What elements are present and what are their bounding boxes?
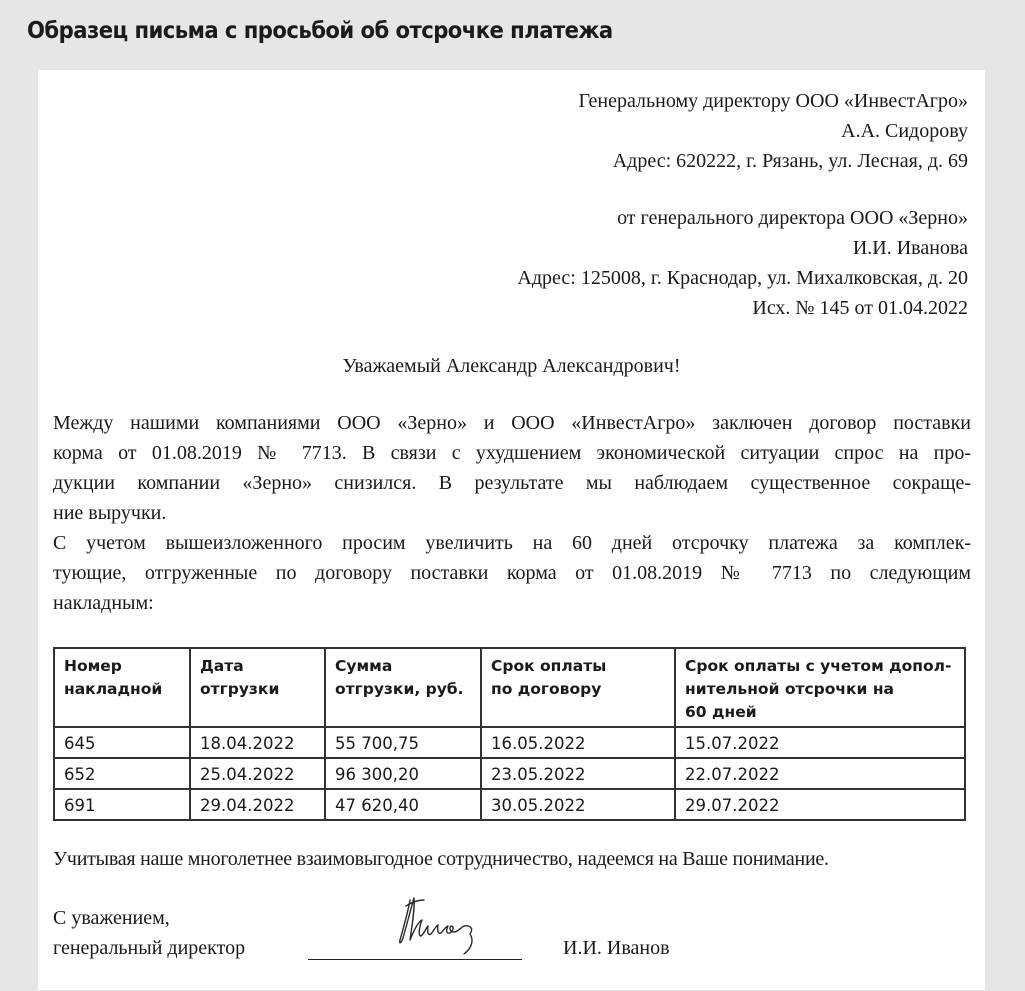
body-paragraph-2: С учетом вышеизложенного просим увеличит… — [53, 528, 971, 618]
cell-shipment-amount: 96 300,20 — [325, 758, 481, 789]
cell-shipment-amount: 55 700,75 — [325, 727, 481, 758]
cell-extended-due-date: 29.07.2022 — [675, 789, 965, 820]
table-row: 691 29.04.2022 47 620,40 30.05.2022 29.0… — [54, 789, 965, 820]
text-line: С учетом вышеизложенного просим увеличит… — [53, 528, 971, 558]
text-line: тующие, отгруженные по договору поставки… — [53, 558, 971, 588]
sender-address: Адрес: 125008, г. Краснодар, ул. Михалко… — [517, 263, 968, 293]
signer-name: И.И. Иванов — [563, 933, 670, 963]
regards-text: С уважением, — [53, 903, 245, 933]
text-line: накладным: — [53, 588, 971, 618]
cell-invoice-number: 645 — [54, 727, 190, 758]
cell-shipment-date: 25.04.2022 — [190, 758, 325, 789]
header-extended-due-date: Срок оплаты с учетом допол-нительной отс… — [675, 648, 965, 727]
text-line: дукции компании «Зерно» снизился. В резу… — [53, 468, 971, 498]
cell-contract-due-date: 16.05.2022 — [481, 727, 675, 758]
handwritten-signature-icon — [388, 892, 498, 964]
cell-extended-due-date: 22.07.2022 — [675, 758, 965, 789]
sender-name: И.И. Иванова — [517, 233, 968, 263]
cell-invoice-number: 652 — [54, 758, 190, 789]
cell-shipment-date: 18.04.2022 — [190, 727, 325, 758]
table-row: 645 18.04.2022 55 700,75 16.05.2022 15.0… — [54, 727, 965, 758]
header-invoice-number: Номернакладной — [54, 648, 190, 727]
text-line: Между нашими компаниями ООО «Зерно» и ОО… — [53, 408, 971, 438]
cell-contract-due-date: 30.05.2022 — [481, 789, 675, 820]
invoices-table: Номернакладной Датаотгрузки Суммаотгрузк… — [53, 647, 966, 821]
regards-block: С уважением, генеральный директор — [53, 903, 245, 963]
closing-sentence: Учитывая наше многолетнее взаимовыгодное… — [53, 844, 829, 874]
cell-extended-due-date: 15.07.2022 — [675, 727, 965, 758]
header-shipment-amount: Суммаотгрузки, руб. — [325, 648, 481, 727]
body-paragraph-1: Между нашими компаниями ООО «Зерно» и ОО… — [53, 408, 971, 528]
cell-shipment-amount: 47 620,40 — [325, 789, 481, 820]
recipient-position: Генеральному директору ООО «ИнвестАгро» — [579, 86, 969, 116]
sender-block: от генерального директора ООО «Зерно» И.… — [517, 203, 968, 323]
text-line: корма от 01.08.2019 № 7713. В связи с ух… — [53, 438, 971, 468]
cell-contract-due-date: 23.05.2022 — [481, 758, 675, 789]
recipient-name: А.А. Сидорову — [579, 116, 969, 146]
table-row: 652 25.04.2022 96 300,20 23.05.2022 22.0… — [54, 758, 965, 789]
table-header-row: Номернакладной Датаотгрузки Суммаотгрузк… — [54, 648, 965, 727]
recipient-block: Генеральному директору ООО «ИнвестАгро» … — [579, 86, 969, 176]
greeting: Уважаемый Александр Александрович! — [38, 351, 985, 381]
text-line: ние выручки. — [53, 498, 971, 528]
letter-sheet: Генеральному директору ООО «ИнвестАгро» … — [38, 70, 985, 990]
cell-invoice-number: 691 — [54, 789, 190, 820]
letter-body: Между нашими компаниями ООО «Зерно» и ОО… — [53, 408, 971, 618]
cell-shipment-date: 29.04.2022 — [190, 789, 325, 820]
signer-position: генеральный директор — [53, 933, 245, 963]
document-title: Образец письма с просьбой об отсрочке пл… — [27, 18, 613, 44]
outgoing-number: Исх. № 145 от 01.04.2022 — [517, 293, 968, 323]
header-shipment-date: Датаотгрузки — [190, 648, 325, 727]
sender-position: от генерального директора ООО «Зерно» — [517, 203, 968, 233]
recipient-address: Адрес: 620222, г. Рязань, ул. Лесная, д.… — [579, 146, 969, 176]
header-contract-due-date: Срок оплатыпо договору — [481, 648, 675, 727]
